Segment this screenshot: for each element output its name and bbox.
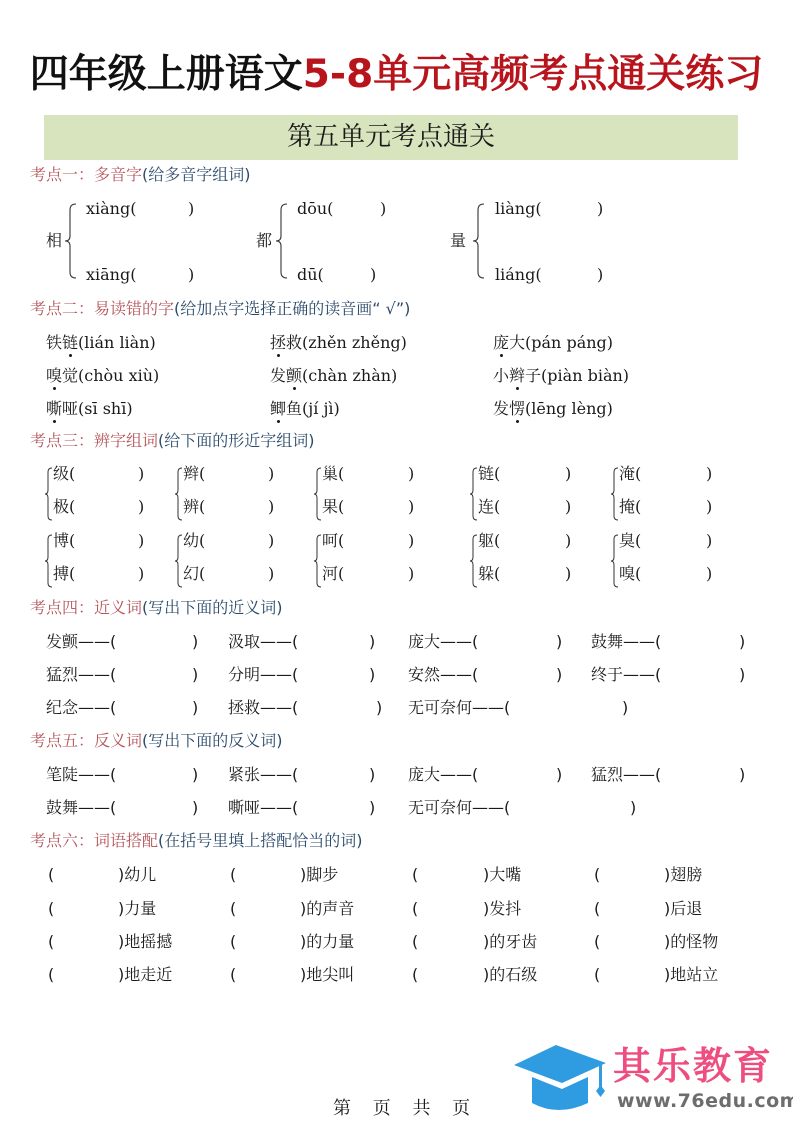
blank-close: ) [597,199,603,219]
blank-open: ( [412,865,418,885]
blank-close: ) [706,531,712,551]
blank-open: ( [594,865,600,885]
blank-open: ( [412,899,418,919]
blank-close: ) [192,632,198,652]
collocation-word: )的石级 [483,965,537,985]
word-prompt: 终于——( [591,665,661,685]
section-1-key: 考点一：多音字 [30,165,142,184]
word-prompt: 笔陡——( [46,765,116,785]
blank-close: ) [192,665,198,685]
section-1-note: (给多音字组词) [142,165,251,184]
similar-char: 淹( [619,464,641,484]
section-1-heading: 考点一：多音字(给多音字组词) [30,165,251,185]
blank-open: ( [594,899,600,919]
blank-close: ) [408,531,414,551]
section-6-heading: 考点六：词语搭配(在括号里填上搭配恰当的词) [30,831,363,851]
blank-open: ( [412,965,418,985]
collocation-word: )发抖 [483,899,521,919]
word-suffix: 救 [286,333,302,352]
similar-char: 幼( [183,531,205,551]
collocation-word: )脚步 [300,865,338,885]
page-number-label: 第 页 共 页 [333,1094,478,1120]
pronunciation-item: 庞大(pán páng) [493,333,613,353]
blank-open: ( [594,965,600,985]
blank-close: ) [376,698,382,718]
collocation-word: )的怪物 [664,932,718,952]
pinyin-top: dōu( [297,199,333,219]
pronunciation-item: 拯救(zhěn zhěng) [270,333,407,353]
similar-char: 河( [322,564,344,584]
blank-close: ) [408,497,414,517]
blank-close: ) [408,564,414,584]
collocation-word: )的声音 [300,899,354,919]
blank-close: ) [138,497,144,517]
blank-close: ) [380,199,386,219]
word-prompt: 猛烈——( [591,765,661,785]
blank-close: ) [138,464,144,484]
collocation-word: )地走近 [118,965,172,985]
similar-char: 极( [53,497,75,517]
blank-close: ) [556,632,562,652]
polyphone-char-1: 相 [46,231,62,251]
word-prompt: 庞大——( [408,765,478,785]
section-5-key: 考点五：反义词 [30,731,142,750]
word-prompt: 紧张——( [228,765,298,785]
pinyin-options: (sī shī) [78,399,133,418]
polyphone-char-3: 量 [450,231,466,251]
blank-open: ( [230,899,236,919]
section-6-key: 考点六：词语搭配 [30,831,158,850]
similar-char: 幻( [183,564,205,584]
collocation-word: )地站立 [664,965,718,985]
pronunciation-item: 小辫子(piàn biàn) [493,366,629,386]
word-suffix: 大 [509,333,525,352]
section-4-note: (写出下面的近义词) [142,598,283,617]
blank-close: ) [192,765,198,785]
dotted-char: 庞 [493,333,509,352]
unit-banner: 第五单元考点通关 [44,115,738,160]
pinyin-bottom: xiāng( [86,265,136,285]
pinyin-options: (chàn zhàn) [302,366,397,385]
dotted-char: 嗅 [46,366,62,385]
word-prompt: 汲取——( [228,632,298,652]
blank-open: ( [230,965,236,985]
word-prompt: 无可奈何——( [408,798,510,818]
blank-close: ) [565,497,571,517]
section-3-key: 考点三：辨字组词 [30,431,158,450]
section-6-note: (在括号里填上搭配恰当的词) [158,831,363,850]
blank-close: ) [188,199,194,219]
blank-close: ) [268,564,274,584]
similar-char: 辨( [183,497,205,517]
blank-close: ) [188,265,194,285]
blank-close: ) [369,632,375,652]
word-prompt: 分明——( [228,665,298,685]
blank-open: ( [48,932,54,952]
similar-char: 巢( [322,464,344,484]
blank-close: ) [268,531,274,551]
blank-open: ( [412,932,418,952]
blank-close: ) [565,531,571,551]
blank-close: ) [268,464,274,484]
blank-close: ) [268,497,274,517]
brace-icon [62,200,78,282]
collocation-word: )的力量 [300,932,354,952]
similar-char: 辫( [183,464,205,484]
similar-char: 博( [53,531,75,551]
similar-char: 连( [478,497,500,517]
section-4-key: 考点四：近义词 [30,598,142,617]
collocation-word: )大嘴 [483,865,521,885]
similar-char: 呵( [322,531,344,551]
section-3-note: (给下面的形近字组词) [158,431,315,450]
similar-char: 嗅( [619,564,641,584]
blank-close: ) [565,464,571,484]
word-suffix: 哑 [62,399,78,418]
word-prompt: 鼓舞——( [591,632,661,652]
page-title: 四年级上册语文5-8单元高频考点通关练习 [0,50,793,100]
similar-char: 掩( [619,497,641,517]
pinyin-bottom: dū( [297,265,324,285]
section-2-note: (给加点字选择正确的读音画“ √”) [174,299,410,318]
section-5-note: (写出下面的反义词) [142,731,283,750]
word-suffix: 子 [525,366,541,385]
word-prompt: 纪念——( [46,698,116,718]
collocation-word: )幼儿 [118,865,156,885]
title-red-part: 5-8单元高频考点通关练习 [303,52,763,97]
blank-open: ( [48,865,54,885]
pinyin-options: (zhěn zhěng) [302,333,407,352]
pinyin-top: xiàng( [86,199,136,219]
pronunciation-item: 嘶哑(sī shī) [46,399,133,419]
dotted-char: 愣 [509,399,525,418]
blank-open: ( [594,932,600,952]
pronunciation-item: 铁链(lián liàn) [46,333,156,353]
pronunciation-item: 发愣(lēng lèng) [493,399,613,419]
word-prompt: 庞大——( [408,632,478,652]
blank-close: ) [408,464,414,484]
blank-close: ) [370,265,376,285]
brace-icon [470,200,486,282]
blank-close: ) [630,798,636,818]
pinyin-options: (lēng lèng) [525,399,613,418]
blank-close: ) [192,698,198,718]
blank-close: ) [706,564,712,584]
collocation-word: )力量 [118,899,156,919]
similar-char: 搏( [53,564,75,584]
graduation-cap-icon [510,1043,610,1113]
blank-close: ) [739,632,745,652]
word-prompt: 鼓舞——( [46,798,116,818]
pinyin-top: liàng( [495,199,542,219]
word-suffix: 鱼 [286,399,302,418]
blank-open: ( [48,899,54,919]
word-suffix: 觉 [62,366,78,385]
blank-open: ( [230,865,236,885]
blank-close: ) [739,765,745,785]
pinyin-bottom: liáng( [495,265,542,285]
section-4-heading: 考点四：近义词(写出下面的近义词) [30,598,283,618]
word-prompt: 嘶哑——( [228,798,298,818]
pinyin-options: (chòu xiù) [78,366,159,385]
brand-url: www.76edu.com [617,1090,793,1112]
collocation-word: )后退 [664,899,702,919]
blank-close: ) [369,798,375,818]
similar-char: 链( [478,464,500,484]
blank-close: ) [706,464,712,484]
dotted-char: 嘶 [46,399,62,418]
blank-close: ) [138,531,144,551]
word-prompt: 安然——( [408,665,478,685]
section-5-heading: 考点五：反义词(写出下面的反义词) [30,731,283,751]
pinyin-options: (lián liàn) [78,333,156,352]
collocation-word: )地摇撼 [118,932,172,952]
word-prompt: 拯救——( [228,698,298,718]
similar-char: 级( [53,464,75,484]
word-prompt: 发颤——( [46,632,116,652]
similar-char: 躯( [478,531,500,551]
dotted-char: 辫 [509,366,525,385]
blank-open: ( [48,965,54,985]
blank-close: ) [138,564,144,584]
pronunciation-item: 嗅觉(chòu xiù) [46,366,159,386]
word-prompt: 无可奈何——( [408,698,510,718]
dotted-char: 颤 [286,366,302,385]
blank-close: ) [622,698,628,718]
dotted-char: 链 [62,333,78,352]
title-black-part: 四年级上册语文 [30,52,303,97]
blank-close: ) [565,564,571,584]
blank-close: ) [597,265,603,285]
pronunciation-item: 鲫鱼(jí jì) [270,399,340,419]
word-prefix: 铁 [46,333,62,352]
similar-char: 臭( [619,531,641,551]
polyphone-char-2: 都 [256,231,272,251]
brace-icon [273,200,289,282]
blank-close: ) [369,665,375,685]
pinyin-options: (jí jì) [302,399,340,418]
blank-close: ) [739,665,745,685]
section-2-key: 考点二：易读错的字 [30,299,174,318]
section-2-heading: 考点二：易读错的字(给加点字选择正确的读音画“ √”) [30,299,410,319]
section-3-heading: 考点三：辨字组词(给下面的形近字组词) [30,431,315,451]
similar-char: 果( [322,497,344,517]
dotted-char: 鲫 [270,399,286,418]
pronunciation-item: 发颤(chàn zhàn) [270,366,397,386]
blank-open: ( [230,932,236,952]
similar-char: 躲( [478,564,500,584]
blank-close: ) [706,497,712,517]
blank-close: ) [556,765,562,785]
word-prefix: 小 [493,366,509,385]
blank-close: ) [192,798,198,818]
collocation-word: )翅膀 [664,865,702,885]
word-prefix: 发 [493,399,509,418]
collocation-word: )地尖叫 [300,965,354,985]
brand-name: 其乐教育 [613,1043,773,1089]
word-prefix: 发 [270,366,286,385]
collocation-word: )的牙齿 [483,932,537,952]
blank-close: ) [369,765,375,785]
dotted-char: 拯 [270,333,286,352]
word-prompt: 猛烈——( [46,665,116,685]
pinyin-options: (piàn biàn) [541,366,629,385]
pinyin-options: (pán páng) [525,333,613,352]
blank-close: ) [556,665,562,685]
